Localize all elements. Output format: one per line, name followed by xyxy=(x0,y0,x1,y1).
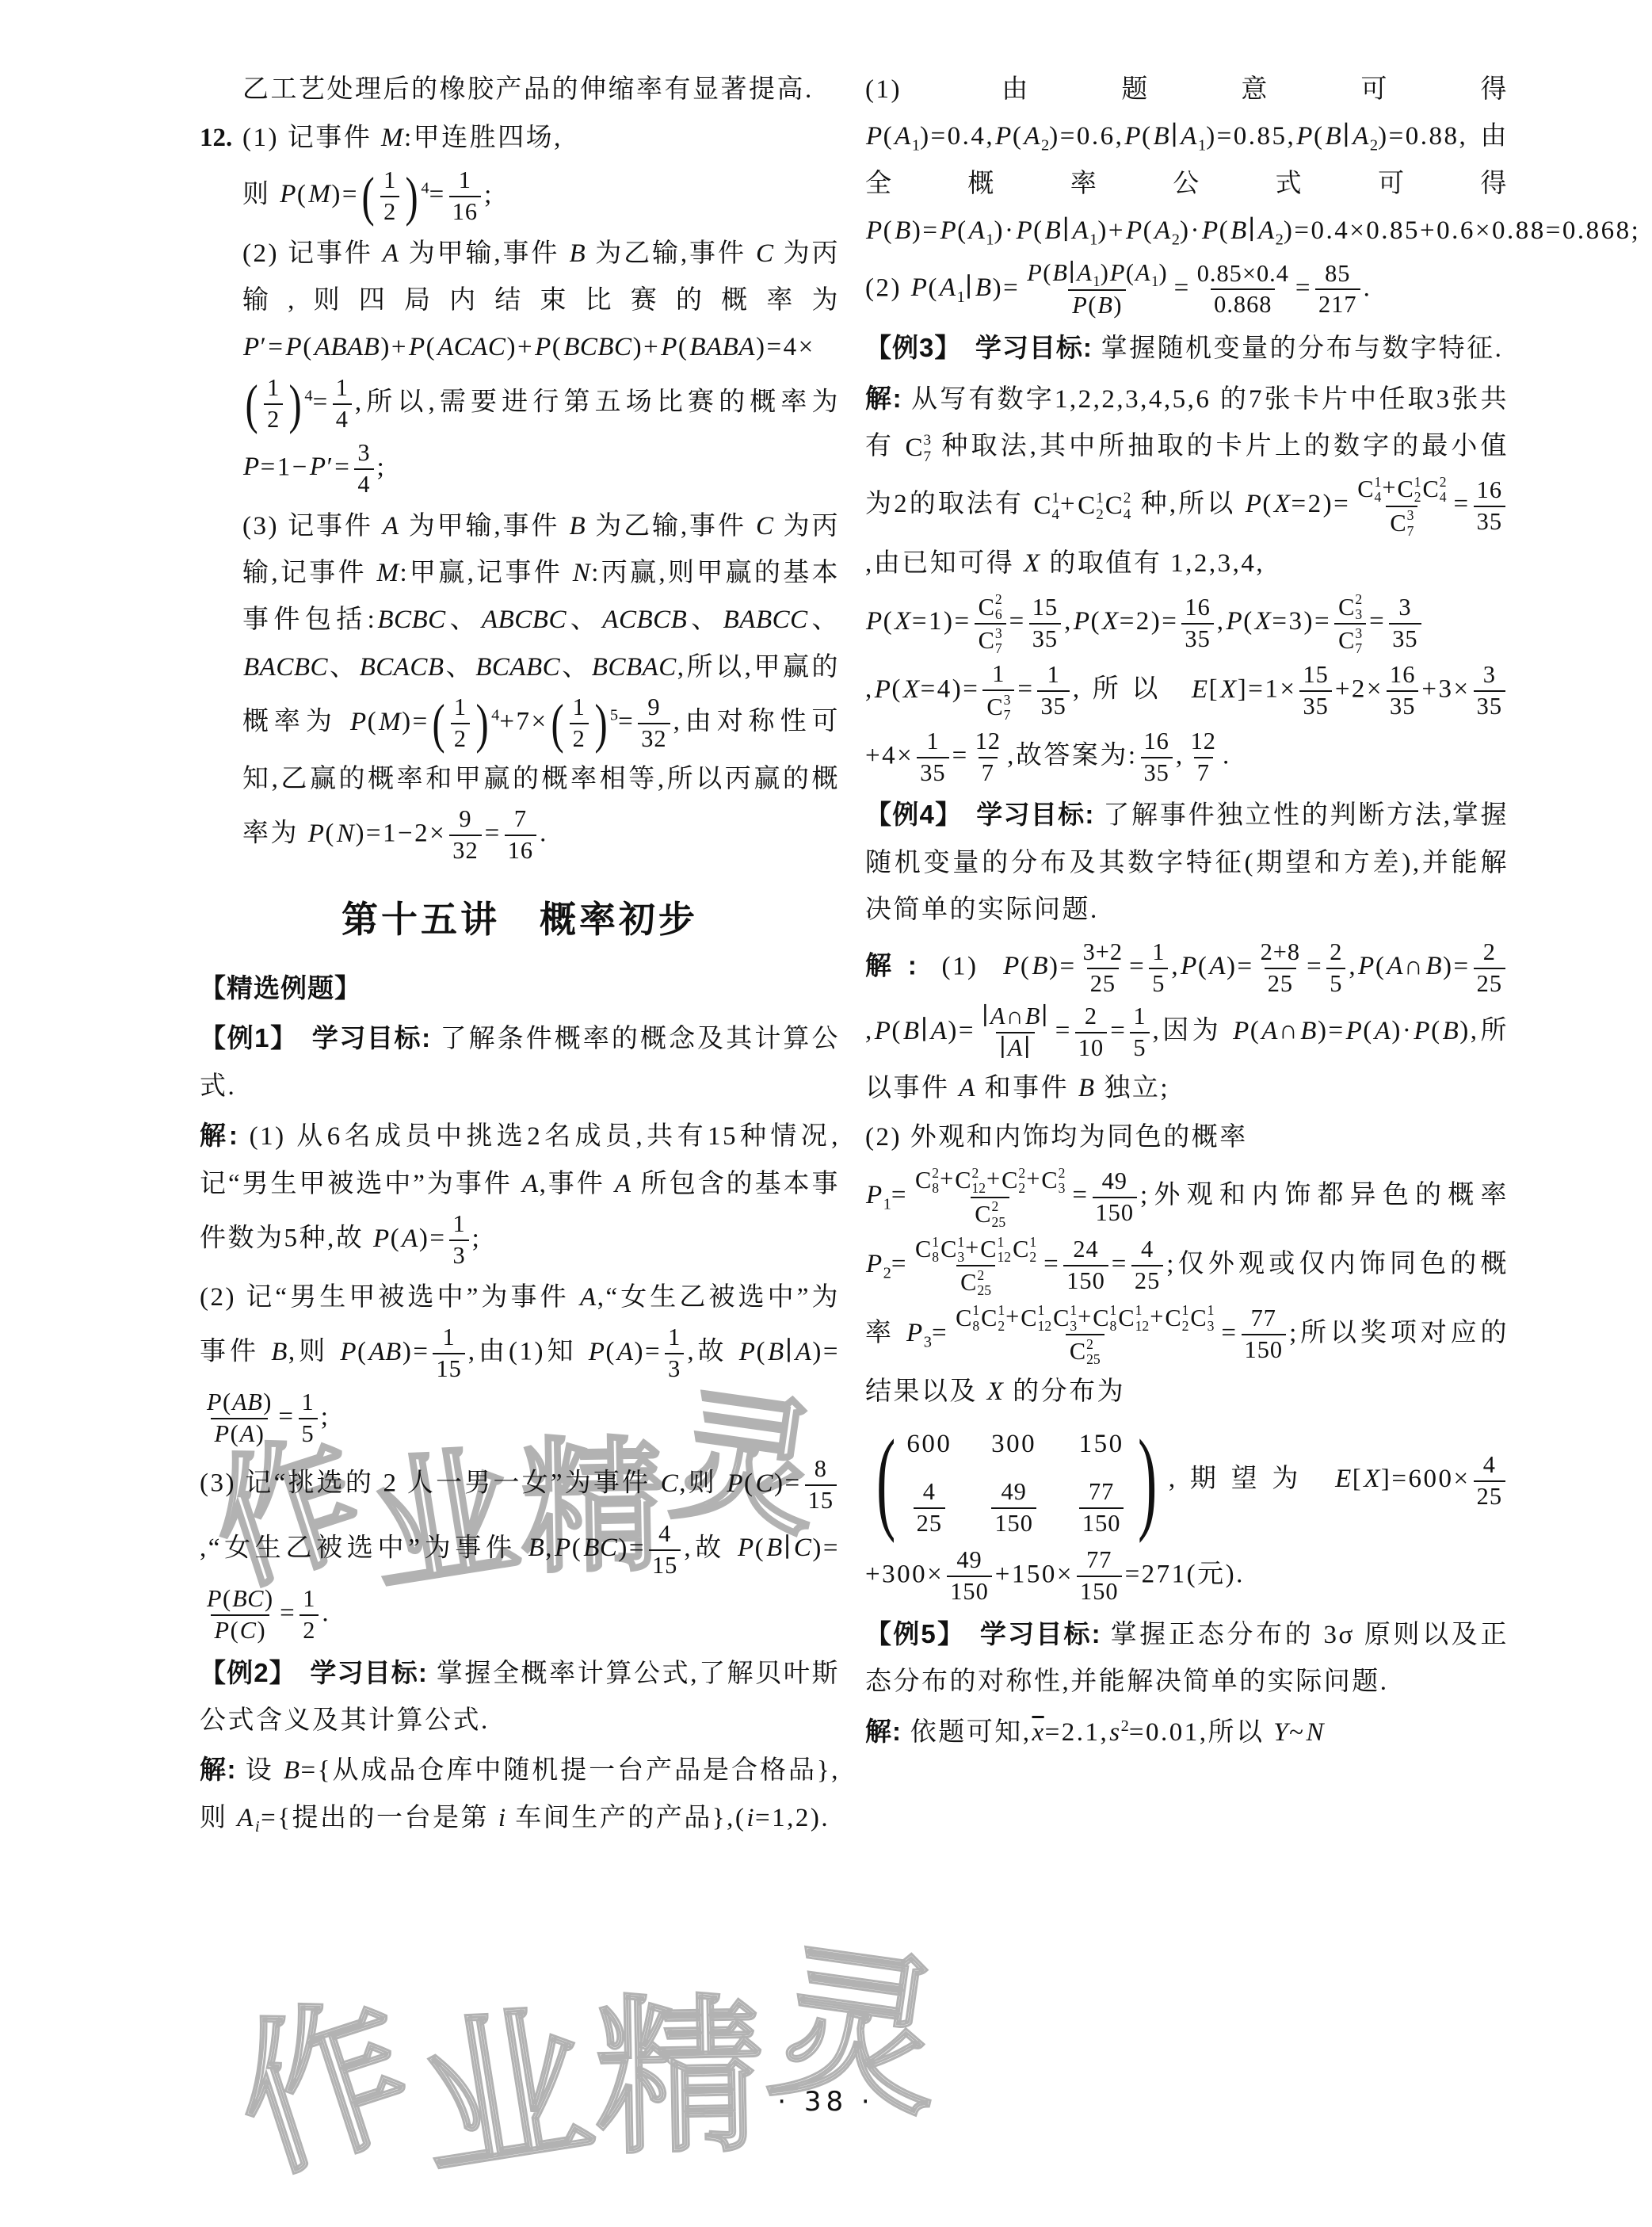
comb-upper: 2 xyxy=(1018,1166,1025,1181)
comb-lower: 12 xyxy=(997,1250,1011,1265)
fraction: 85217 xyxy=(1315,259,1360,321)
right-paragraph-4: 解: 从写有数字1,2,2,3,4,5,6 的7张卡片中任取3张共有 C37 种… xyxy=(865,375,1509,588)
numerator: 24 xyxy=(1070,1235,1101,1265)
fraction: 415 xyxy=(649,1519,681,1581)
fraction: 335 xyxy=(1389,593,1421,655)
math-variable: P xyxy=(1413,1017,1431,1045)
math-variable: A xyxy=(382,239,400,268)
numerator: 1 xyxy=(923,727,942,757)
numerator: P(B∣A1)P(A1) xyxy=(1023,258,1170,290)
math-variable: P xyxy=(408,333,426,361)
math-variable: AB xyxy=(368,1338,403,1366)
combination-scripts: 28 xyxy=(932,1166,939,1197)
comb-upper: 1 xyxy=(1414,475,1421,490)
math-variable: N xyxy=(572,559,592,587)
fraction: 13 xyxy=(665,1323,684,1385)
subscript: 2 xyxy=(1041,137,1049,155)
math-variable: P xyxy=(214,1617,231,1644)
combination-scripts: 225 xyxy=(1086,1337,1101,1368)
combination-symbol: C112 xyxy=(1021,1303,1051,1334)
fraction: 15 xyxy=(299,1388,318,1450)
math-variable: N xyxy=(336,819,356,848)
fraction: 12 xyxy=(299,1584,319,1646)
comb-lower: 25 xyxy=(992,1215,1006,1230)
combination-scripts: 112 xyxy=(997,1235,1011,1266)
math-variable: P xyxy=(865,1181,883,1209)
paren-content: 12 xyxy=(377,164,403,229)
fraction: 24150 xyxy=(1063,1235,1108,1297)
superscript: 2 xyxy=(1121,1717,1129,1735)
fraction: 425 xyxy=(1131,1235,1163,1297)
math-variable: A xyxy=(579,1283,597,1312)
numerator: 12 xyxy=(972,727,1004,757)
math-variable: P xyxy=(285,333,303,361)
denominator: 150 xyxy=(947,1576,992,1607)
comb-lower: 2 xyxy=(1018,1181,1025,1196)
combination-symbol: C37 xyxy=(1390,508,1414,539)
left-paragraph-9: 解: (1) 从6名成员中挑选2名成员,共有15种情况,记“男生甲被选中”为事件… xyxy=(200,1112,840,1273)
combination-scripts: 23 xyxy=(1355,592,1362,623)
denominator: C225 xyxy=(956,1265,995,1298)
combination-letter: C xyxy=(1013,1235,1028,1265)
combination-letter: C xyxy=(1338,593,1354,623)
denominator: 16 xyxy=(449,196,481,227)
denominator: 217 xyxy=(1315,288,1360,320)
combination-letter: C xyxy=(905,425,922,472)
combination-scripts: 24 xyxy=(1440,475,1447,506)
denominator: 25 xyxy=(1474,968,1505,999)
combination-scripts: 13 xyxy=(1208,1303,1215,1334)
math-variable: A xyxy=(382,512,400,541)
combination-letter: C xyxy=(1422,475,1438,505)
fraction: 25 xyxy=(1326,938,1345,999)
numerator: 7 xyxy=(511,804,530,835)
math-variable: B xyxy=(528,1534,546,1562)
comb-upper: 1 xyxy=(1375,475,1382,490)
numerator: ∣A∩B∣ xyxy=(979,1002,1052,1032)
math-variable: X xyxy=(1023,549,1041,578)
comb-upper: 2 xyxy=(1440,475,1447,490)
comb-lower: 8 xyxy=(932,1250,939,1265)
comb-lower: 8 xyxy=(1110,1319,1117,1334)
right-paragraph-6: 【例4】 学习目标: 了解事件独立性的判断方法,掌握随机变量的分布及其数字特征(… xyxy=(865,791,1509,934)
combination-letter: C xyxy=(1397,475,1413,505)
numerator: P(AB) xyxy=(203,1388,275,1418)
subscript: i xyxy=(254,1818,261,1835)
right-paragraph-5: P(X=1)=C26C37=1535,P(X=2)=1635,P(X=3)=C2… xyxy=(865,589,1509,789)
denominator: C37 xyxy=(1334,623,1366,656)
math-variable: ACAC xyxy=(437,333,506,361)
math-variable: BCACB xyxy=(359,653,445,682)
subscript: 1 xyxy=(912,137,920,155)
fraction: 77150 xyxy=(1079,1477,1124,1539)
paragraph-head: 【例5】 学习目标: xyxy=(865,1619,1101,1648)
math-variable: BABA xyxy=(689,333,756,361)
fraction: C23C37 xyxy=(1334,590,1366,656)
math-variable: A xyxy=(1007,1034,1024,1061)
math-variable: B xyxy=(767,1338,785,1366)
comb-upper: 2 xyxy=(932,1166,939,1181)
combination-symbol: C26 xyxy=(979,592,1002,623)
math-variable: P xyxy=(214,1420,231,1447)
fraction: 13 xyxy=(449,1209,468,1271)
right-paragraph-12: 解: 依题可知,x=2.1,s2=0.01,所以 Y~N xyxy=(865,1708,1509,1756)
comb-lower: 3 xyxy=(1208,1319,1215,1334)
math-variable: B xyxy=(1024,1003,1041,1029)
fraction: C28+C212+C22+C23C225 xyxy=(911,1164,1069,1230)
comb-upper: 3 xyxy=(1004,693,1011,708)
math-variable: B xyxy=(894,216,912,245)
denominator: 25 xyxy=(1087,968,1119,999)
comb-lower: 12 xyxy=(1135,1319,1150,1334)
math-variable: ABCBC xyxy=(481,605,567,634)
denominator: 3 xyxy=(449,1240,468,1271)
denominator: 2 xyxy=(299,1614,319,1646)
left-column: 乙工艺处理后的橡胶产品的伸缩率有显著提高.12.(1) 记事件 M:甲连胜四场,… xyxy=(200,67,840,1843)
denominator: 25 xyxy=(1474,1480,1505,1512)
fraction: 1535 xyxy=(1029,593,1061,655)
denominator: 10 xyxy=(1075,1032,1107,1064)
math-variable: P xyxy=(1026,259,1043,286)
math-variable: P xyxy=(874,1017,892,1045)
math-variable: B xyxy=(902,1017,921,1045)
comb-lower: 12 xyxy=(1038,1319,1052,1334)
math-variable: A xyxy=(930,1017,948,1045)
comb-lower: 3 xyxy=(1070,1319,1077,1334)
page-number: · 38 · xyxy=(0,2086,1652,2118)
denominator: 7 xyxy=(979,757,998,789)
math-variable: B xyxy=(1153,122,1171,151)
combination-scripts: 18 xyxy=(932,1235,939,1266)
numerator: 9 xyxy=(644,693,663,723)
math-variable: BC xyxy=(231,1585,265,1612)
denominator: 35 xyxy=(1141,757,1173,789)
fraction: 1635 xyxy=(1141,727,1173,789)
math-variable: P xyxy=(206,1585,223,1612)
math-variable: X xyxy=(902,675,921,704)
numerator: 77 xyxy=(1085,1477,1117,1507)
math-variable: C xyxy=(755,1469,775,1498)
subscript: 1 xyxy=(1151,273,1158,290)
fraction: 1635 xyxy=(1387,660,1418,722)
comb-upper: 1 xyxy=(957,1235,964,1250)
math-variable: BABCC xyxy=(723,605,809,634)
comb-upper: 1 xyxy=(1029,1235,1036,1250)
fraction: 15 xyxy=(1149,938,1168,999)
denominator: 15 xyxy=(649,1549,681,1581)
subscript: 2 xyxy=(883,1264,891,1282)
math-variable: P xyxy=(1295,122,1314,151)
fraction: 49150 xyxy=(991,1477,1036,1539)
fraction: 15 xyxy=(1130,1002,1149,1064)
math-variable: A xyxy=(521,1170,540,1198)
fraction: 210 xyxy=(1075,1002,1107,1064)
denominator: 2 xyxy=(380,196,399,227)
denominator: 25 xyxy=(1131,1265,1163,1297)
right-paragraph-11: 【例5】 学习目标: 掌握正态分布的 3σ 原则以及正态分布的对称性,并能解决简… xyxy=(865,1610,1509,1706)
comb-lower: 4 xyxy=(1440,490,1447,505)
fraction: 127 xyxy=(1188,727,1219,789)
numerator: 3+2 xyxy=(1080,938,1126,968)
math-variable: A xyxy=(939,273,957,302)
combination-scripts: 12 xyxy=(1096,490,1104,523)
right-paren-icon: ) xyxy=(1139,1434,1158,1526)
combination-letter: C xyxy=(940,1235,956,1265)
combination-symbol: C37 xyxy=(979,626,1002,657)
denominator: C37 xyxy=(982,689,1014,723)
denominator: 32 xyxy=(638,723,670,754)
math-variable: X xyxy=(1273,490,1291,518)
left-paragraph-13: 解: 设 B={从成品仓库中随机提一台产品是合格品},则 Ai={提出的一台是第… xyxy=(200,1746,840,1842)
combination-scripts: 37 xyxy=(1407,508,1414,539)
paragraph-head: 解: xyxy=(865,1717,902,1746)
comb-upper: 1 xyxy=(997,1235,1011,1250)
math-variable: C xyxy=(755,239,775,268)
numerator: 1 xyxy=(451,693,470,723)
combination-scripts: 12 xyxy=(1182,1303,1189,1334)
comb-lower: 7 xyxy=(923,449,931,465)
math-variable: P xyxy=(554,1534,572,1562)
paren-content: 12 xyxy=(567,691,592,756)
subscript: 1 xyxy=(883,1196,891,1213)
math-variable: X xyxy=(1101,607,1120,636)
numerator: 15 xyxy=(1029,593,1061,623)
math-variable: B xyxy=(1078,1074,1096,1102)
combination-scripts: 23 xyxy=(1059,1166,1066,1197)
paragraph-head: 【例2】 学习目标: xyxy=(200,1658,428,1687)
subscript: 1 xyxy=(986,231,994,249)
subscript: 1 xyxy=(1089,231,1097,249)
combination-letter: C xyxy=(975,1200,990,1230)
combination-symbol: C13 xyxy=(940,1235,964,1266)
numerator: 2 xyxy=(1082,1002,1101,1032)
paragraph-head: 【例3】 学习目标: xyxy=(865,333,1093,362)
denominator: P(A) xyxy=(211,1418,268,1450)
fraction: C14+C12C24C37 xyxy=(1353,473,1450,539)
math-variable: B xyxy=(1031,952,1049,980)
denominator: 150 xyxy=(1077,1576,1122,1607)
comb-upper: 1 xyxy=(1135,1303,1150,1318)
combination-scripts: 37 xyxy=(1355,626,1362,657)
math-variable: M xyxy=(376,559,399,587)
numerator: 1 xyxy=(456,166,475,196)
math-variable: B xyxy=(1442,1017,1460,1045)
combination-symbol: C12 xyxy=(1165,1303,1188,1334)
fraction: 815 xyxy=(805,1454,837,1516)
combination-letter: C xyxy=(915,1235,931,1265)
fraction: C18C12+C112C13+C18C112+C12C13C225 xyxy=(952,1302,1218,1368)
fraction: 127 xyxy=(972,727,1004,789)
denominator: C225 xyxy=(1066,1334,1105,1367)
combination-scripts: 14 xyxy=(1375,475,1382,506)
comb-upper: 2 xyxy=(977,1268,991,1283)
combination-letter: C xyxy=(1002,1166,1017,1196)
math-variable: A xyxy=(239,1420,256,1447)
fraction: 12 xyxy=(451,693,470,754)
combination-scripts: 24 xyxy=(1124,490,1131,523)
combination-scripts: 13 xyxy=(1070,1303,1077,1334)
denominator: 32 xyxy=(449,835,481,866)
numerator: 49 xyxy=(953,1545,985,1576)
math-variable: B xyxy=(1044,216,1063,245)
numerator: 1 xyxy=(665,1323,684,1353)
math-variable: A xyxy=(616,1338,635,1366)
comb-upper: 1 xyxy=(1038,1303,1052,1318)
combination-letter: C xyxy=(1190,1304,1206,1334)
math-variable: P xyxy=(738,1338,757,1366)
denominator: 35 xyxy=(917,757,948,789)
comb-lower: 2 xyxy=(998,1319,1005,1334)
numerator: 16 xyxy=(1387,660,1418,690)
math-variable: P xyxy=(1357,952,1375,980)
numerator: 16 xyxy=(1181,593,1213,623)
fraction: 335 xyxy=(1474,660,1505,722)
fraction: P(AB)P(A) xyxy=(203,1388,275,1450)
math-variable: E xyxy=(1191,675,1209,704)
math-variable: B xyxy=(1299,1017,1318,1045)
math-variable: P xyxy=(865,1250,883,1278)
denominator: 35 xyxy=(1474,690,1505,722)
math-variable: B xyxy=(1097,292,1113,319)
comb-upper: 1 xyxy=(1110,1303,1117,1318)
combination-letter: C xyxy=(980,1235,996,1265)
numerator: 1 xyxy=(1149,938,1168,968)
paragraph-head: 解: xyxy=(865,384,902,413)
denominator: 35 xyxy=(1299,690,1331,722)
math-variable: A xyxy=(1180,122,1198,151)
math-variable: A xyxy=(894,122,912,151)
fraction: 116 xyxy=(449,166,481,227)
combination-symbol: C18 xyxy=(915,1235,939,1266)
combination-scripts: 37 xyxy=(1004,693,1011,724)
right-column: (1) 由题意可得 P(A1)=0.4,P(A2)=0.6,P(B∣A1)=0.… xyxy=(865,67,1509,1758)
fraction: 2+825 xyxy=(1257,938,1303,999)
math-variable: Y xyxy=(1272,1718,1289,1747)
comb-lower: 12 xyxy=(971,1181,986,1196)
combination-symbol: C12 xyxy=(1397,475,1421,506)
math-variable: P xyxy=(660,333,678,361)
right-paragraph-1: (1) 由题意可得 P(A1)=0.4,P(A2)=0.6,P(B∣A1)=0.… xyxy=(865,67,1509,255)
combination-letter: C xyxy=(1165,1304,1181,1334)
denominator: 7 xyxy=(1194,757,1213,789)
numerator: 1 xyxy=(264,373,283,403)
comb-lower: 2 xyxy=(1096,506,1104,523)
right-paragraph-8: (2) 外观和内饰均为同色的概率 xyxy=(865,1114,1509,1161)
math-variable: BACBC xyxy=(242,653,329,682)
comb-upper: 3 xyxy=(1355,626,1362,641)
fraction: 34 xyxy=(354,438,373,500)
watermark-bottom: 作业精灵 xyxy=(224,1895,965,2198)
math-variable: A xyxy=(990,1003,1006,1029)
math-variable: AB xyxy=(231,1389,263,1415)
numerator: 4 xyxy=(655,1519,674,1549)
math-variable: i xyxy=(254,1818,261,1835)
numerator: 2 xyxy=(1480,938,1499,968)
math-variable: P xyxy=(349,708,368,736)
combination-symbol: C14 xyxy=(1357,475,1381,506)
combination-scripts: 13 xyxy=(957,1235,964,1266)
math-variable: A xyxy=(968,216,986,245)
combination-letter: C xyxy=(1390,509,1406,539)
math-variable: ABAB xyxy=(314,333,381,361)
numerator: 1 xyxy=(333,373,352,403)
math-variable: P xyxy=(865,122,883,151)
numerator: P(BC) xyxy=(203,1584,277,1614)
math-variable: P xyxy=(307,819,326,848)
math-variable: BCBC xyxy=(563,333,632,361)
math-variable: BCBAC xyxy=(591,653,677,682)
fraction: 225 xyxy=(1474,938,1505,999)
math-variable: P xyxy=(906,1319,924,1347)
numerator: 8 xyxy=(811,1454,830,1484)
comb-lower: 25 xyxy=(977,1283,991,1298)
comb-lower: 6 xyxy=(995,607,1002,622)
combination-letter: C xyxy=(956,1304,971,1334)
fraction: 932 xyxy=(449,804,481,866)
distribution-matrix: (6003001504254915077150) xyxy=(867,1421,1167,1541)
math-variable: M xyxy=(380,124,404,152)
denominator: 25 xyxy=(914,1507,945,1539)
comb-upper: 2 xyxy=(992,1199,1006,1214)
matrix-prob-cell: 49150 xyxy=(988,1476,1040,1541)
comb-lower: 3 xyxy=(1059,1181,1066,1196)
math-variable: B xyxy=(283,1756,301,1785)
math-variable: C xyxy=(239,1617,258,1644)
numerator: 15 xyxy=(1299,660,1331,690)
math-variable: C xyxy=(793,1534,813,1562)
fraction: 135 xyxy=(1037,660,1069,722)
combination-symbol: C18 xyxy=(1093,1303,1116,1334)
combination-letter: C xyxy=(1021,1304,1036,1334)
combination-scripts: 22 xyxy=(1018,1166,1025,1197)
combination-symbol: C37 xyxy=(905,425,931,472)
fraction: 12 xyxy=(264,373,283,435)
combination-symbol: C24 xyxy=(1422,475,1446,506)
denominator: 15 xyxy=(805,1484,837,1516)
watermark-char: 精 xyxy=(593,1941,765,2186)
combination-letter: C xyxy=(1033,483,1051,529)
fraction: 1535 xyxy=(1299,660,1331,722)
comb-lower: 4 xyxy=(1375,490,1382,505)
paragraph-head: 解: xyxy=(200,1121,238,1150)
denominator: ∣A∣ xyxy=(996,1032,1035,1064)
math-variable: P xyxy=(1073,607,1091,636)
page: { "page": { "number_display": "· 38 ·", … xyxy=(0,0,1652,2227)
math-variable: X xyxy=(1219,675,1238,704)
left-paragraph-11: (3) 记“挑选的 2 人一男一女”为事件 C,则 P(C)=815,“女生乙被… xyxy=(200,1453,840,1648)
left-paragraph-1: 乙工艺处理后的橡胶产品的伸缩率有显著提高. xyxy=(242,67,840,113)
denominator: 150 xyxy=(1093,1197,1138,1228)
numerator: 3 xyxy=(1480,660,1499,690)
math-variable: B xyxy=(1324,122,1342,151)
combination-scripts: 37 xyxy=(923,432,931,465)
comb-upper: 3 xyxy=(923,432,931,449)
fraction: 12 xyxy=(380,166,399,227)
math-variable: P xyxy=(534,333,552,361)
left-paragraph-2: 12.(1) 记事件 M:甲连胜四场, xyxy=(242,115,840,162)
combination-symbol: C12 xyxy=(1013,1235,1036,1266)
math-variable: N xyxy=(1305,1718,1325,1747)
denominator: 35 xyxy=(1389,623,1421,655)
math-variable: B xyxy=(568,512,586,541)
math-variable: P xyxy=(910,273,929,302)
math-variable: A xyxy=(236,1804,254,1832)
watermark-char: 作 xyxy=(202,1931,437,2214)
combination-symbol: C13 xyxy=(1053,1303,1077,1334)
combination-letter: C xyxy=(955,1166,971,1196)
denominator: 150 xyxy=(1079,1507,1124,1539)
math-variable: BCBC xyxy=(376,605,446,634)
